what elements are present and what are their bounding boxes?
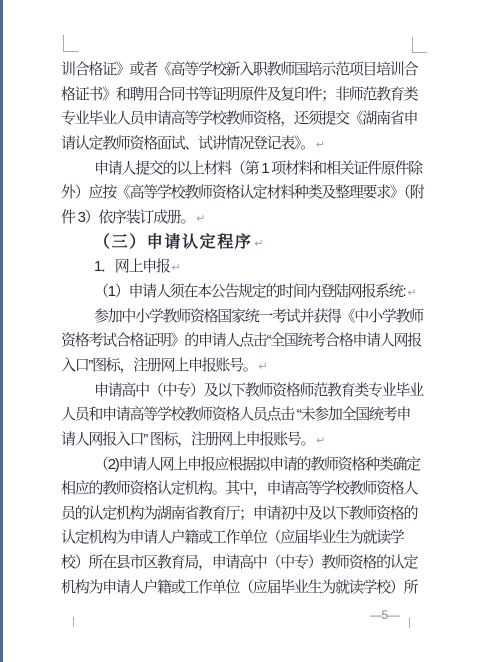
text-line: 校）所在县市区教育局，申请高中（中专）教师资格的认定	[61, 551, 423, 576]
line-text: 件 3）依序装订成册。	[61, 209, 194, 226]
line-text: 相应的教师资格认定机构。其中，申请高等学校教师资格人	[61, 480, 417, 497]
line-text: 外）应按《高等学校教师资格认定材料种类及整理要求》（附	[61, 184, 423, 201]
text-line: 机构为申请人户籍或工作单位（应届毕业生为就读学校）所	[61, 576, 423, 601]
line-text: 机构为申请人户籍或工作单位（应届毕业生为就读学校）所	[61, 579, 417, 596]
line-text: 申请人提交的以上材料（第 1 项材料和相关证件原件除	[94, 160, 422, 177]
line-text: 请人网报入口” 图标，注册网上申报账号。	[61, 431, 314, 448]
paragraph-mark-icon: ↵	[316, 139, 325, 151]
line-text: 入口”图标，注册网上申报账号。	[61, 357, 257, 374]
document-text-area: 训合格证》或者《高等学校新入职教师国培示范项目培训合 格证书》和聘用合同书等证明…	[61, 58, 423, 600]
paragraph-mark-icon: ↵	[196, 213, 205, 225]
heading-text: （三）申请认定程序	[94, 234, 252, 251]
line-text: 1．网上申报	[94, 258, 170, 275]
document-page: { "page": { "number_label": "—5—", "pilc…	[0, 0, 481, 662]
text-line: 件 3）依序装订成册。↵	[61, 206, 423, 231]
text-line: （1）申请人须在本公告规定的时间内登陆网报系统:↵	[61, 280, 423, 305]
text-line: 相应的教师资格认定机构。其中，申请高等学校教师资格人	[61, 477, 423, 502]
text-line: 认定机构为申请人户籍或工作单位（应届毕业生为就读学	[61, 526, 423, 551]
line-text: （1）申请人须在本公告规定的时间内登陆网报系统:	[94, 283, 405, 300]
crop-mark-bottom-left	[73, 617, 74, 627]
line-text: 校）所在县市区教育局，申请高中（中专）教师资格的认定	[61, 554, 417, 571]
text-line: 参加中小学教师资格国家统一考试并获得《中小学教师	[61, 305, 423, 330]
line-text: 训合格证》或者《高等学校新入职教师国培示范项目培训合	[61, 61, 417, 78]
paragraph-mark-icon: ↵	[316, 435, 325, 447]
line-text: 员的认定机构为湖南省教育厅；申请初中及以下教师资格的	[61, 505, 417, 522]
line-text: 认定机构为申请人户籍或工作单位（应届毕业生为就读学	[61, 529, 404, 546]
text-line: 1．网上申报↵	[61, 255, 423, 280]
text-line: 入口”图标，注册网上申报账号。↵	[61, 354, 423, 379]
text-line: 员的认定机构为湖南省教育厅；申请初中及以下教师资格的	[61, 502, 423, 527]
text-line: 格证书》和聘用合同书等证明原件及复印件；非师范教育类	[61, 83, 423, 108]
window-left-edge	[0, 0, 3, 662]
paragraph-mark-icon: ↵	[407, 287, 416, 299]
paragraph-mark-icon: ↵	[259, 361, 268, 373]
line-text: 申请高中（中专）及以下教师资格师范教育类专业毕业	[94, 382, 423, 399]
text-line: 请人网报入口” 图标，注册网上申报账号。↵	[61, 428, 423, 453]
line-text: 参加中小学教师资格国家统一考试并获得《中小学教师	[94, 308, 423, 325]
paragraph-mark-icon: ↵	[254, 238, 263, 250]
text-line: 申请人提交的以上材料（第 1 项材料和相关证件原件除	[61, 157, 423, 182]
line-text: 专业毕业人员申请高等学校教师资格，还须提交《湖南省申	[61, 110, 417, 127]
line-text: （2)申请人网上申报应根据拟申请的教师资格种类确定	[94, 456, 420, 473]
line-text: 格证书》和聘用合同书等证明原件及复印件；非师范教育类	[61, 86, 417, 103]
crop-mark-top-right	[412, 37, 427, 53]
text-line: 资格考试合格证明》的申请人点击“全国统考合格申请人网报	[61, 329, 423, 354]
crop-mark-top-left	[63, 35, 79, 52]
line-text: 资格考试合格证明》的申请人点击“全国统考合格申请人网报	[61, 332, 421, 349]
text-line: 训合格证》或者《高等学校新入职教师国培示范项目培训合	[61, 58, 423, 83]
section-heading: （三）申请认定程序↵	[61, 231, 423, 256]
text-line: 人员和申请高等学校教师资格人员点击 “未参加全国统考申	[61, 403, 423, 428]
text-line: 外）应按《高等学校教师资格认定材料种类及整理要求》（附	[61, 181, 423, 206]
text-line: 申请高中（中专）及以下教师资格师范教育类专业毕业	[61, 379, 423, 404]
page-number: —5—	[370, 608, 420, 622]
text-line: （2)申请人网上申报应根据拟申请的教师资格种类确定	[61, 453, 423, 478]
line-text: 请认定教师资格面试、试讲情况登记表》。	[61, 135, 314, 152]
text-line: 请认定教师资格面试、试讲情况登记表》。↵	[61, 132, 423, 157]
text-line: 专业毕业人员申请高等学校教师资格，还须提交《湖南省申	[61, 107, 423, 132]
line-text: 人员和申请高等学校教师资格人员点击 “未参加全国统考申	[61, 406, 410, 423]
paragraph-mark-icon: ↵	[172, 262, 181, 274]
